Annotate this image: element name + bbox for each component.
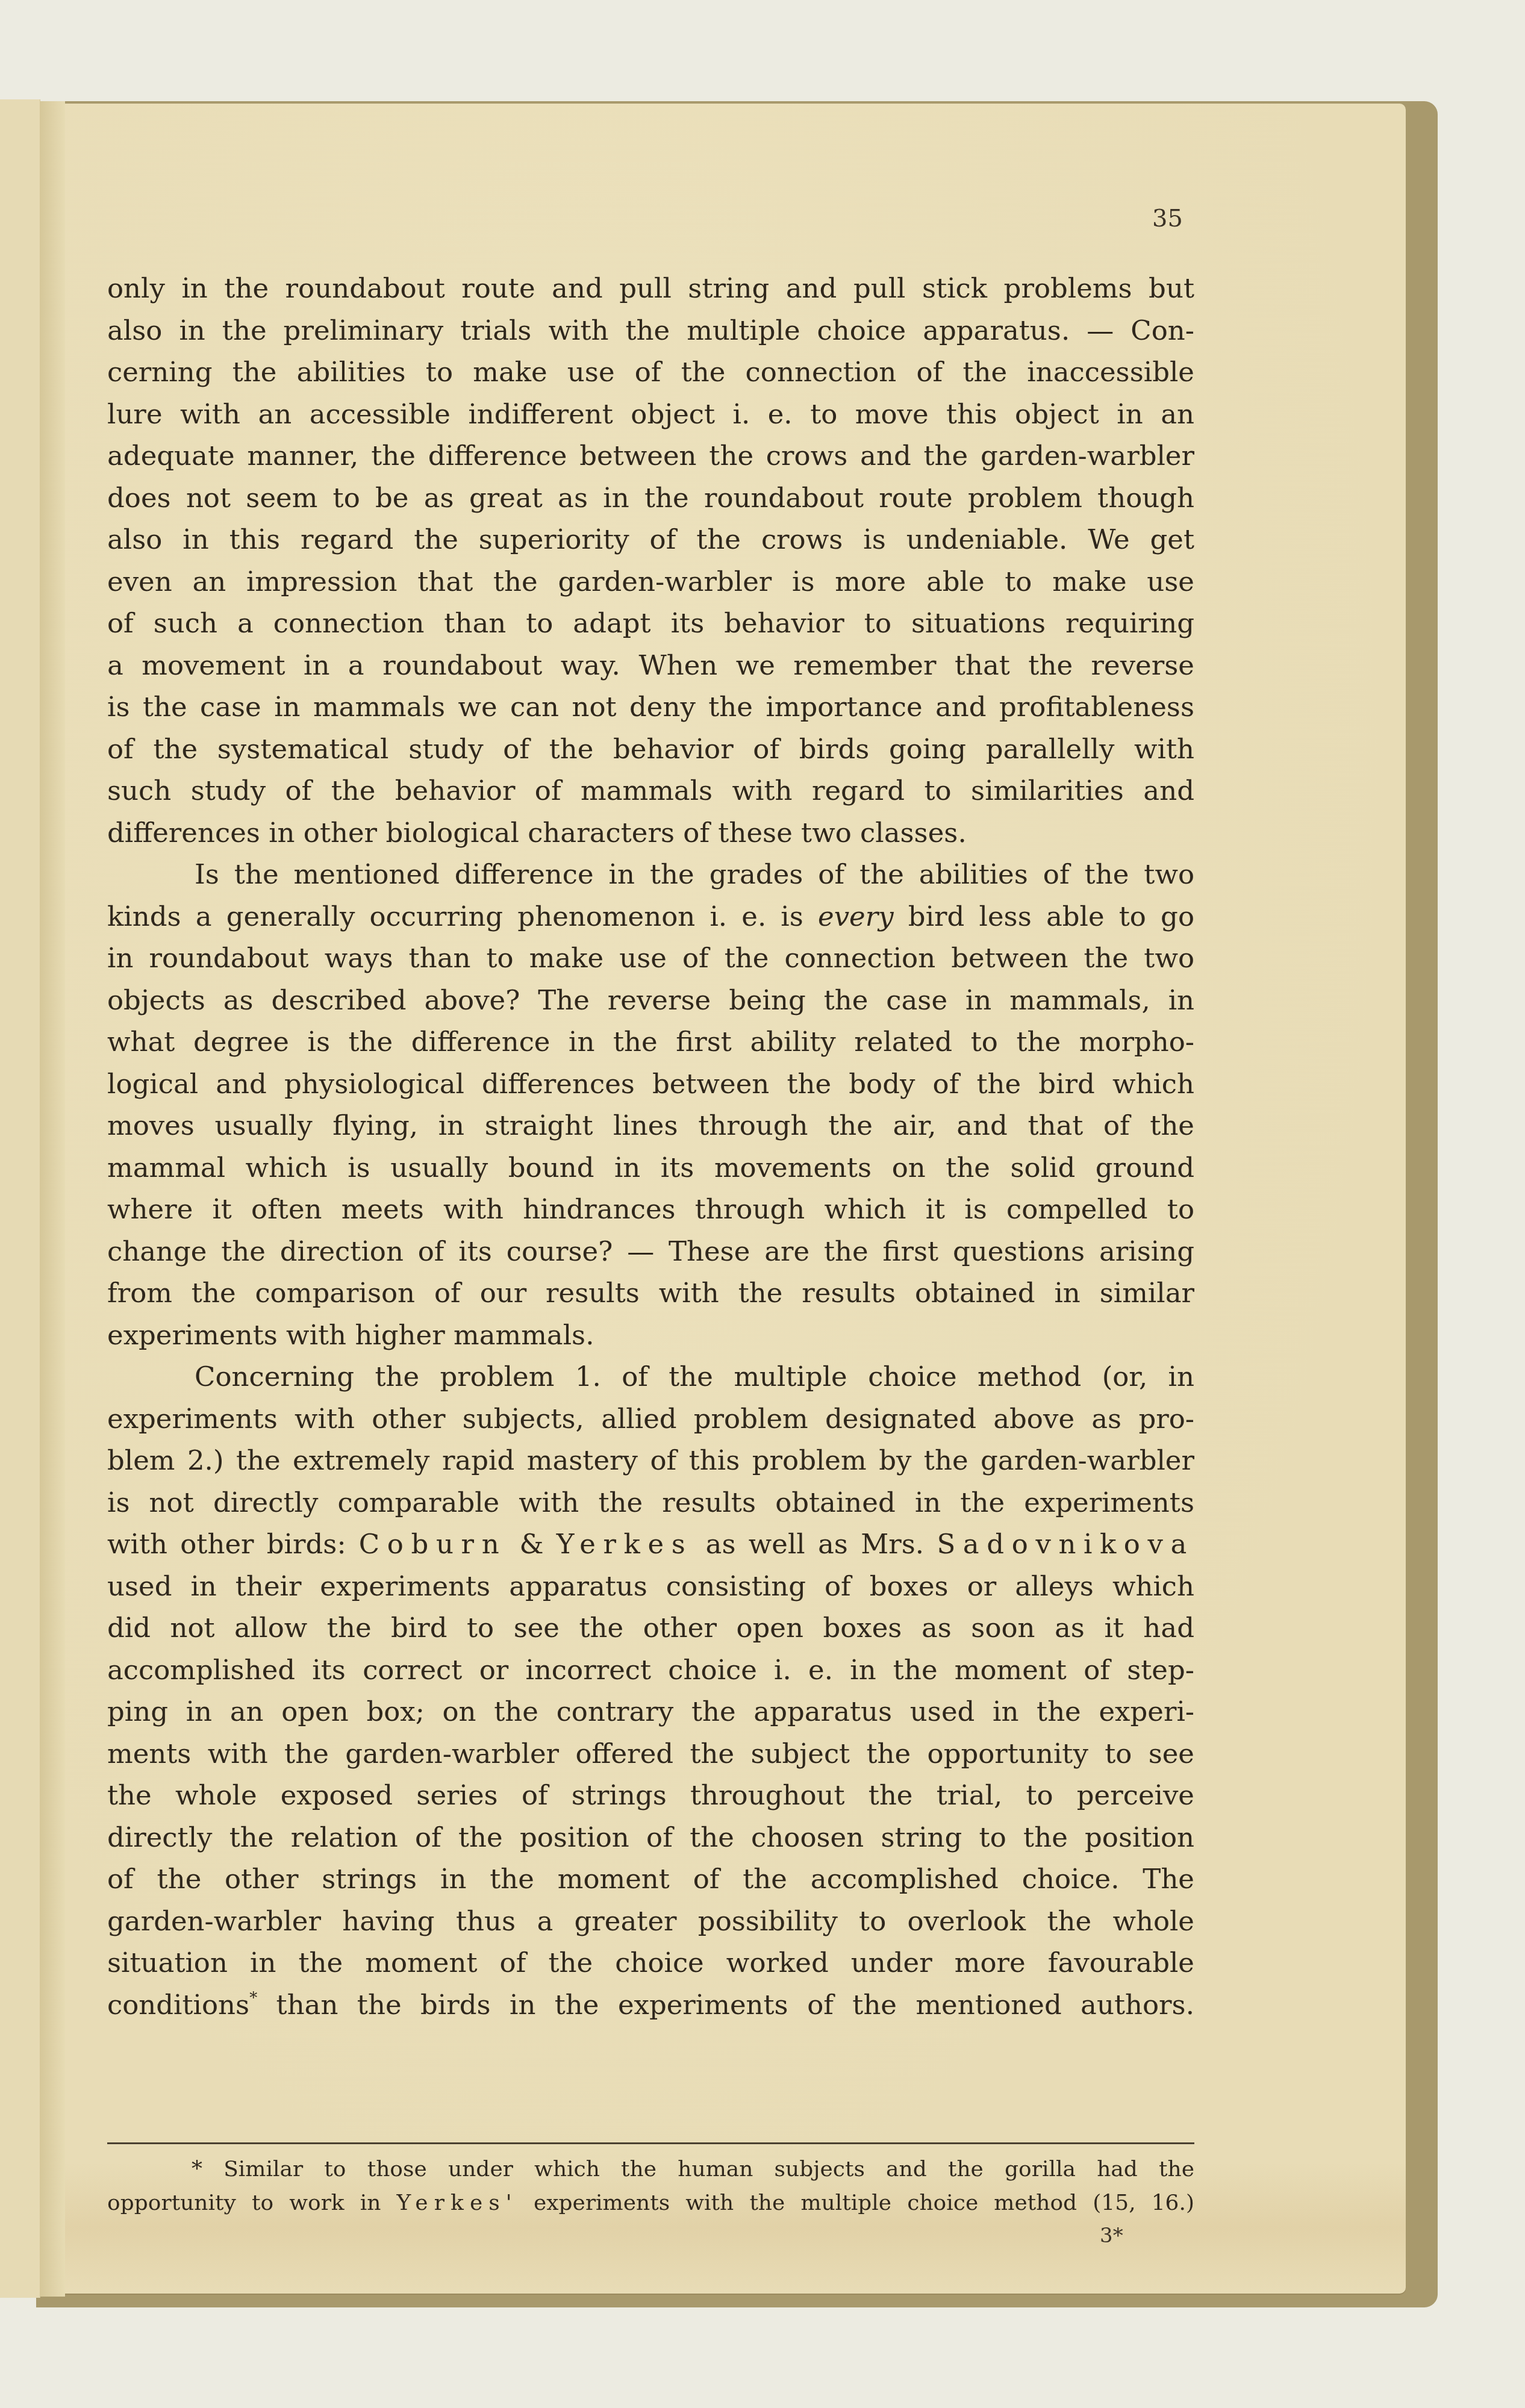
book-page: 35 only in the roundabout route and pull… [65,104,1406,2294]
author-yerkes: Yerkes [557,1528,693,1560]
author-yerkes: Yerkes' [397,2191,518,2215]
text-line: accomplished its correct or incorrect ch… [107,1649,1194,1691]
text-span: as well as Mrs. [693,1528,937,1560]
text-line: where it often meets with hindrances thr… [107,1188,1194,1231]
text-line: situation in the moment of the choice wo… [107,1942,1194,1984]
text-span: kinds a generally occurring phenomenon i… [107,900,818,932]
text-line: garden-warbler having thus a greater pos… [107,1900,1194,1942]
book-gutter [40,101,65,2297]
text-line: of the other strings in the moment of th… [107,1858,1194,1900]
text-line: used in their experiments apparatus cons… [107,1565,1194,1608]
text-line: of the systematical study of the behavio… [107,728,1194,770]
text-line: cerning the abilities to make use of the… [107,351,1194,393]
text-line: such study of the behavior of mammals wi… [107,770,1194,812]
footnote-line: * Similar to those under which the human… [107,2153,1194,2186]
text-line: does not seem to be as great as in the r… [107,477,1194,519]
text-line: mammal which is usually bound in its mov… [107,1147,1194,1189]
text-line: a movement in a roundabout way. When we … [107,644,1194,687]
text-line: logical and physiological differences be… [107,1063,1194,1105]
text-line: kinds a generally occurring phenomenon i… [107,896,1194,938]
text-line: even an impression that the garden-warbl… [107,561,1194,603]
text-span: conditions [107,1989,249,2021]
author-coburn: Coburn [359,1528,507,1560]
text-line: experiments with other subjects, allied … [107,1398,1194,1440]
text-line: moves usually flying, in straight lines … [107,1105,1194,1147]
text-line: also in the preliminary trials with the … [107,310,1194,352]
text-line: of such a connection than to adapt its b… [107,602,1194,644]
text-span: & [507,1528,557,1560]
text-line: objects as described above? The reverse … [107,979,1194,1022]
page-number: 35 [1152,205,1183,232]
text-line: ments with the garden-warbler offered th… [107,1733,1194,1775]
footnote-line: opportunity to work in Yerkes' experimen… [107,2186,1194,2220]
text-span: opportunity to work in [107,2191,397,2215]
text-line: also in this regard the superiority of t… [107,519,1194,561]
text-line: lure with an accessible indifferent obje… [107,393,1194,435]
text-line: change the direction of its course? — Th… [107,1231,1194,1273]
author-sadovnikova: Sadovnikova [937,1528,1194,1560]
paragraph-start-line: Is the mentioned difference in the grade… [107,853,1194,896]
text-line: experiments with higher mammals. [107,1314,1194,1356]
text-line: in roundabout ways than to make use of t… [107,937,1194,979]
text-line: blem 2.) the extremely rapid mastery of … [107,1439,1194,1482]
footnote-marker: * [249,1989,257,2007]
paragraph-start-line: Concerning the problem 1. of the multipl… [107,1356,1194,1398]
text-line: what degree is the difference in the fir… [107,1021,1194,1063]
footnote: * Similar to those under which the human… [107,2153,1194,2220]
text-line: adequate manner, the difference between … [107,435,1194,477]
text-line: from the comparison of our results with … [107,1272,1194,1314]
footnote-divider [107,2142,1194,2144]
text-line: is the case in mammals we can not deny t… [107,686,1194,728]
text-span: bird less able to go [894,900,1194,932]
text-line: did not allow the bird to see the other … [107,1607,1194,1649]
emphasis-every: every [818,900,894,932]
text-line: with other birds: Coburn & Yerkes as wel… [107,1523,1194,1565]
text-line: the whole exposed series of strings thro… [107,1774,1194,1817]
text-line: differences in other biological characte… [107,812,1194,854]
text-line: ping in an open box; on the contrary the… [107,1691,1194,1733]
facing-page-edge [0,99,40,2298]
text-span: with other birds: [107,1528,359,1560]
text-line: conditions* than the birds in the experi… [107,1984,1194,2026]
text-line: only in the roundabout route and pull st… [107,267,1194,310]
text-line: is not directly comparable with the resu… [107,1482,1194,1524]
text-span: experiments with the multiple choice met… [518,2191,1194,2215]
printer-signature-mark: 3* [1100,2224,1123,2248]
body-text: only in the roundabout route and pull st… [107,267,1194,2026]
text-line: directly the relation of the position of… [107,1817,1194,1859]
text-span: than the birds in the experiments of the… [257,1989,1194,2021]
